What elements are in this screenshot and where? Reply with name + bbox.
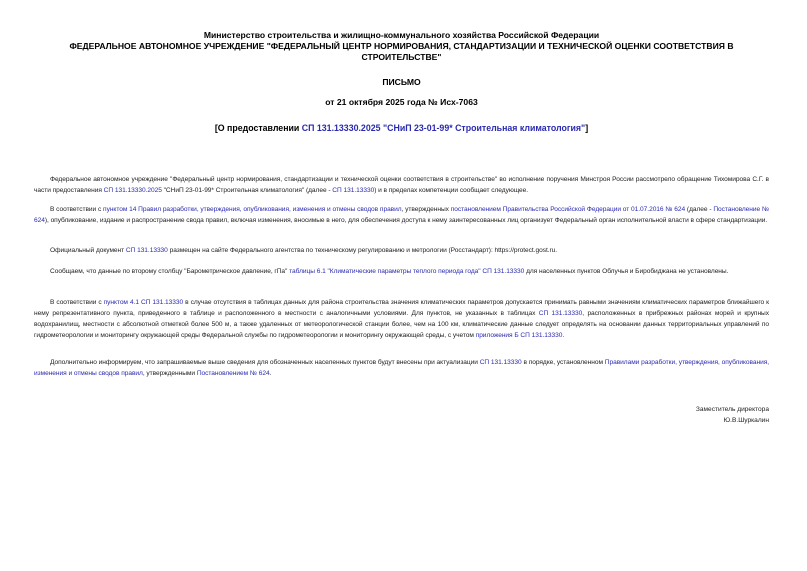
document-link[interactable]: пунктом 4.1 СП 131.13330 <box>104 299 183 306</box>
paragraph-text: Сообщаем, что данные по второму столбцу … <box>50 268 289 275</box>
paragraph-text: Дополнительно информируем, что запрашива… <box>50 359 480 366</box>
subject-suffix: ] <box>585 123 588 133</box>
document-link[interactable]: постановлением Правительства Российской … <box>451 206 685 213</box>
paragraph: Федеральное автономное учреждение "Федер… <box>34 174 769 196</box>
document-link[interactable]: СП 131.13330 <box>539 310 583 317</box>
paragraph-text: для населенных пунктов Облучья и Биробид… <box>524 268 728 275</box>
document-type: ПИСЬМО <box>34 77 769 88</box>
paragraph-text: размещен на сайте Федерального агентства… <box>168 247 557 254</box>
paragraph-text: , утвержденными <box>143 370 197 377</box>
subject-link[interactable]: СП 131.13330.2025 "СНиП 23-01-99* Строит… <box>302 123 585 133</box>
paragraph: Официальный документ СП 131.13330 размещ… <box>34 245 769 256</box>
paragraph: Сообщаем, что данные по второму столбцу … <box>34 266 769 277</box>
document-link[interactable]: пунктом 14 Правил разработки, утверждени… <box>103 206 402 213</box>
document-link[interactable]: СП 131.13330 <box>332 187 374 194</box>
organization-heading: ФЕДЕРАЛЬНОЕ АВТОНОМНОЕ УЧРЕЖДЕНИЕ "ФЕДЕР… <box>34 41 769 63</box>
paragraph-text: , утвержденных <box>402 206 451 213</box>
subject-prefix: [О предоставлении <box>215 123 302 133</box>
ministry-heading: Министерство строительства и жилищно-ком… <box>34 30 769 41</box>
document-link[interactable]: таблицы 6.1 "Климатические параметры теп… <box>289 268 480 275</box>
paragraph-text: . <box>270 370 272 377</box>
document-link[interactable]: СП 131.13330 <box>480 359 522 366</box>
paragraph-text: (далее - <box>685 206 713 213</box>
paragraph-text: "СНиП 23-01-99* Строительная климатологи… <box>162 187 332 194</box>
paragraph-text: . <box>562 332 564 339</box>
paragraph-text: в порядке, установленном <box>522 359 605 366</box>
paragraph-text: Официальный документ <box>50 247 126 254</box>
paragraph: Дополнительно информируем, что запрашива… <box>34 357 769 379</box>
paragraph: В соответствии с пунктом 14 Правил разра… <box>34 204 769 226</box>
signatory-name: Ю.В.Шуркалин <box>723 415 769 426</box>
document-link[interactable]: приложения Б СП 131.13330 <box>476 332 563 339</box>
document-link[interactable]: Постановлением № 624 <box>197 370 270 377</box>
document-link[interactable]: СП 131.13330 <box>126 247 168 254</box>
signatory-position: Заместитель директора <box>696 404 769 415</box>
paragraph-text: В соответствии с <box>50 299 104 306</box>
paragraph: В соответствии с пунктом 4.1 СП 131.1333… <box>34 297 769 341</box>
paragraph-text: ), опубликование, издание и распростране… <box>45 217 767 224</box>
document-link[interactable]: СП 131.13330.2025 <box>104 187 162 194</box>
document-date-number: от 21 октября 2025 года № Исх-7063 <box>34 97 769 108</box>
document-link[interactable]: СП 131.13330 <box>482 268 524 275</box>
paragraph-text: ) и в пределах компетенции сообщает след… <box>374 187 528 194</box>
document-subject: [О предоставлении СП 131.13330.2025 "СНи… <box>34 123 769 134</box>
paragraph-text: В соответствии с <box>50 206 103 213</box>
